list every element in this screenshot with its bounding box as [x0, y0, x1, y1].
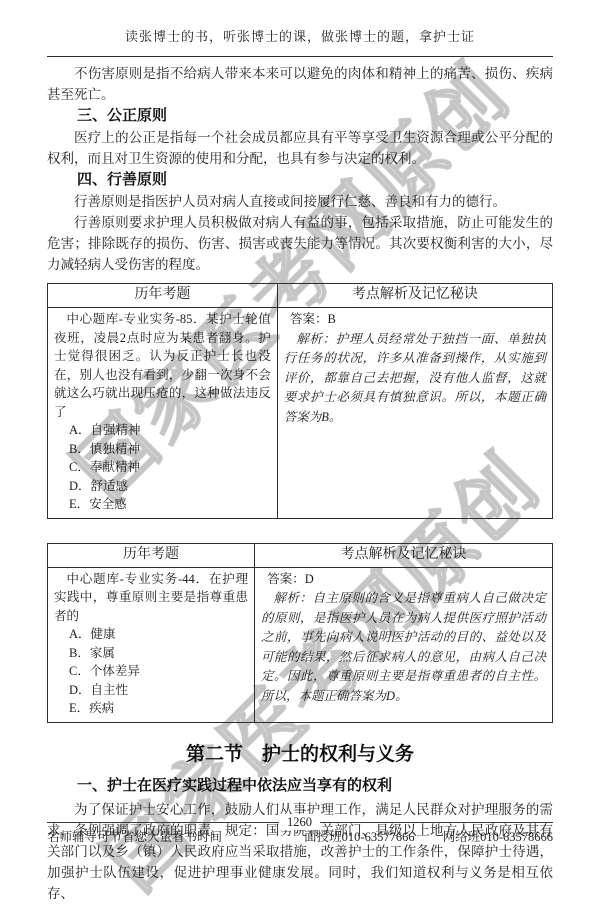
heading-justice-principle: 三、公正原则	[77, 105, 553, 127]
section2-title: 第二节 护士的权利与义务	[47, 739, 553, 766]
table1-header-analysis-column: 考点解析及记忆秘诀	[277, 284, 552, 308]
table2-header-question-column: 历年考题	[48, 543, 255, 567]
option-a: A．自强精神	[69, 421, 271, 440]
section2-subheading: 一、护士在医疗实践过程中依法应当享有的权利	[77, 774, 553, 797]
question-text: 中心题库-专业实务-44．在护理实践中，尊重原则主要是指尊重患者的	[54, 570, 248, 626]
table-gap	[47, 519, 553, 535]
analysis-text: 解析：自主原则的含义是指尊重病人自己做决定的原则，是指医护人员在为病人提供医疗照…	[261, 589, 546, 706]
paragraph-justice: 医疗上的公正是指每一个社会成员都应具有平等享受卫生资源合理或公平分配的权利，而且…	[47, 127, 553, 169]
table1-question-cell: 中心题库-专业实务-85．某护士轮值夜班，凌晨2点时应为某患者翻身。护士觉得很困…	[48, 308, 278, 519]
question-text: 中心题库-专业实务-85．某护士轮值夜班，凌晨2点时应为某患者翻身。护士觉得很困…	[54, 310, 271, 421]
heading-beneficence-principle: 四、行善原则	[77, 169, 553, 191]
option-b: B．家属	[69, 644, 248, 663]
footer-phone-online: 网络班010-63578666	[443, 827, 553, 845]
paragraph-beneficence-1: 行善原则是指医护人员对病人直接或间接履行仁慈、善良和有力的德行。	[47, 191, 553, 212]
option-e: E．安全感	[69, 495, 271, 514]
footer-slogan: 名师辅导可节省您大量看书时间	[47, 827, 222, 845]
option-e: E．疾病	[69, 699, 248, 718]
answer-text: 答案：B	[290, 310, 546, 330]
option-a: A．健康	[69, 625, 248, 644]
paragraph-beneficence-2: 行善原则要求护理人员积极做对病人有益的事，包括采取措施，防止可能发生的危害；排除…	[47, 212, 553, 275]
table2-header-analysis-column: 考点解析及记忆秘诀	[255, 543, 553, 567]
table1-analysis-cell: 答案：B 解析：护理人员经常处于独挡一面、单独执行任务的状况，许多从准备到操作，…	[277, 308, 552, 519]
exam-question-table-2: 历年考题 考点解析及记忆秘诀 中心题库-专业实务-44．在护理实践中，尊重原则主…	[47, 543, 553, 723]
table2-question-cell: 中心题库-专业实务-44．在护理实践中，尊重原则主要是指尊重患者的 A．健康 B…	[48, 567, 255, 722]
exam-question-table-1: 历年考题 考点解析及记忆秘诀 中心题库-专业实务-85．某护士轮值夜班，凌晨2点…	[47, 283, 553, 519]
page-number: 1260	[279, 814, 320, 830]
option-b: B．慎独精神	[69, 440, 271, 459]
analysis-text: 解析：护理人员经常处于独挡一面、单独执行任务的状况，许多从准备到操作，从实施到评…	[284, 330, 546, 428]
footer-phone-onsite: 面授班010-63577666	[304, 827, 414, 845]
option-d: D．舒适感	[69, 477, 271, 496]
table2-analysis-cell: 答案：D 解析：自主原则的含义是指尊重病人自己做决定的原则，是指医护人员在为病人…	[255, 567, 553, 722]
answer-text: 答案：D	[267, 570, 546, 590]
table1-header-question-column: 历年考题	[48, 284, 278, 308]
page-header-slogan: 读张博士的书，听张博士的课，做张博士的题，拿护士证	[47, 26, 553, 57]
option-c: C．个体差异	[69, 662, 248, 681]
book-page: 读张博士的书，听张博士的课，做张博士的题，拿护士证 不伤害原则是指不给病人带来本…	[0, 0, 600, 912]
page-footer: 1260 名师辅导可节省您大量看书时间 面授班010-63577666 网络班0…	[47, 822, 553, 845]
paragraph-no-harm: 不伤害原则是指不给病人带来本来可以避免的肉体和精神上的痛苦、损伤、疾病甚至死亡。	[47, 63, 553, 105]
option-d: D．自主性	[69, 681, 248, 700]
option-c: C．奉献精神	[69, 458, 271, 477]
